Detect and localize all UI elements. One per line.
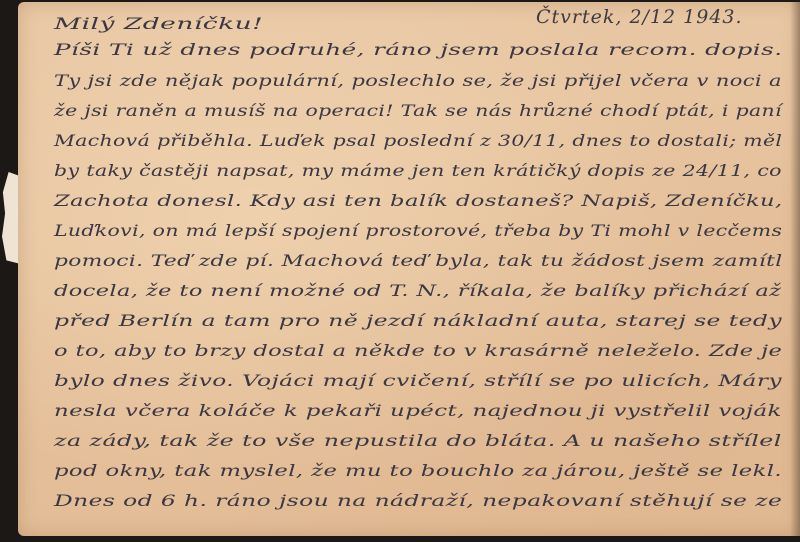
letter-line-3: že jsi raněn a musíš na operaci! Tak se … bbox=[54, 97, 782, 125]
letter-line-11: o to, aby to brzy dostal a někde to v kr… bbox=[54, 337, 782, 365]
letter-line-5: by taky častěji napsat, my máme jen ten … bbox=[54, 157, 782, 185]
letter-line-2: Ty jsi zde nějak populární, poslechlo se… bbox=[54, 67, 782, 95]
letter-line-13: nesla včera koláče k pekaři upéct, najed… bbox=[54, 397, 782, 425]
letter-line-1: Píši Ti už dnes podruhé, ráno jsem posla… bbox=[54, 36, 782, 64]
scanned-postcard: Čtvrtek, 2/12 1943. Milý Zdeníčku! Píši … bbox=[0, 0, 800, 542]
salutation: Milý Zdeníčku! bbox=[54, 10, 263, 38]
letter-line-15: pod okny, tak myslel, že mu to bouchlo z… bbox=[54, 457, 782, 485]
letter-line-14: za zády, tak že to vše nepustila do blát… bbox=[54, 427, 782, 455]
letter-line-7: Luďkovi, on má lepší spojení prostorové,… bbox=[54, 217, 782, 245]
place-and-date: Čtvrtek, 2/12 1943. bbox=[536, 6, 743, 28]
letter-line-8: pomoci. Teď zde pí. Machová teď byla, ta… bbox=[54, 247, 783, 275]
postcard-paper: Čtvrtek, 2/12 1943. Milý Zdeníčku! Píši … bbox=[18, 2, 800, 536]
letter-line-6: Zachota donesl. Kdy asi ten balík dostan… bbox=[54, 187, 783, 215]
letter-line-4: Machová přiběhla. Luďek psal poslední z … bbox=[54, 127, 782, 155]
letter-line-16: Dnes od 6 h. ráno jsou na nádraží, nepak… bbox=[54, 487, 782, 515]
letter-line-9: docela, že to není možné od T. N., říkal… bbox=[54, 277, 781, 305]
paper-shadow-edge bbox=[790, 2, 800, 536]
letter-line-10: před Berlín a tam pro ně jezdí nákladní … bbox=[54, 307, 782, 335]
letter-line-12: bylo dnes živo. Vojáci mají cvičení, stř… bbox=[54, 367, 782, 395]
